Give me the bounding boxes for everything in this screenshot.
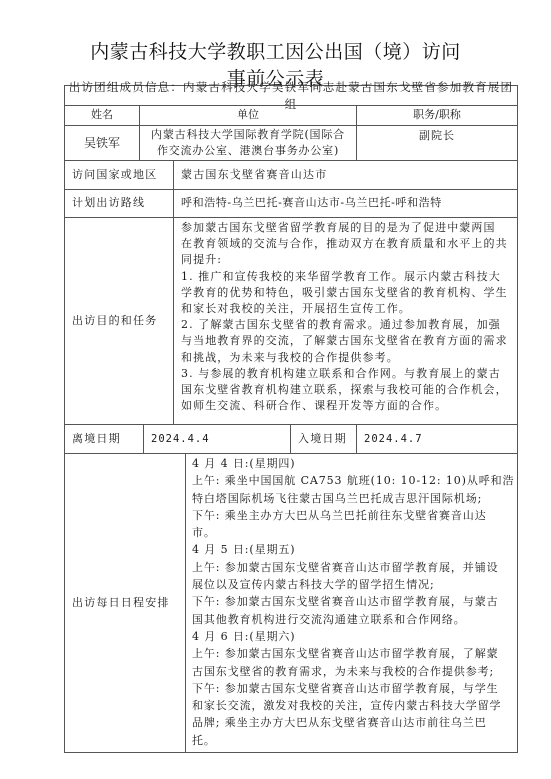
schedule-line: 上午: 乘坐中国国航 CA753 航班(10: 10-12: 10)从呼和浩 [192,472,512,489]
purpose-line: 2. 了解蒙古国东戈壁省的教育需求。通过参加教育展，加强 [181,317,512,333]
member-unit: 内蒙古科技大学国际教育学院(国际合 作交流办公室、港澳台事务办公室) [139,125,357,161]
schedule-line: 下午: 乘坐主办方大巴从乌兰巴托前往东戈壁省赛音山达 [192,507,512,524]
schedule-line: 下午: 参加蒙古国东戈壁省赛音山达市留学教育展，与学生 [192,680,512,697]
schedule-line: 4 月 4 日:(星期四) [192,455,512,472]
page-title: 内蒙古科技大学教职工因公出国（境）访问 [0,37,551,64]
departure-value: 2024.4.4 [143,424,291,454]
member-title: 副院长 [356,125,518,161]
purpose-line: 参加蒙古国东戈壁省留学教育展的目的是为了促进中蒙两国 [181,220,512,236]
purpose-line: 同提升: [181,252,512,268]
purpose-line: 在教育领域的交流与合作，推动双方在教育质量和水平上的共 [181,236,512,252]
purpose-line: 如师生交流、科研合作、课程开发等方面的合作。 [181,398,512,414]
schedule-line: 上午: 参加蒙古国东戈壁省赛音山达市留学教育展，了解蒙 [192,645,512,662]
purpose-line: 国东戈壁省教育机构建立联系，探索与我校可能的合作机会， [181,382,512,398]
purpose-line: 和挑战，为未来与我校的合作提供参考。 [181,350,512,366]
schedule-line: 4 月 6 日:(星期六) [192,628,512,645]
route-label: 计划出访路线 [64,189,174,218]
purpose-line: 1. 推广和宣传我校的来华留学教育工作。展示内蒙古科技大 [181,269,512,285]
purpose-line: 与当地教育界的交流，了解蒙古国东戈壁省在教育方面的需求 [181,333,512,349]
entry-value: 2024.4.7 [356,424,518,454]
column-header-name: 姓名 [64,105,140,126]
schedule-label: 出访每日日程安排 [64,453,186,753]
member-unit-line: 内蒙古科技大学国际教育学院(国际合 [140,127,356,143]
entry-label: 入境日期 [290,424,357,454]
country-label: 访问国家或地区 [64,160,174,190]
purpose-label: 出访目的和任务 [64,217,174,425]
group-info: 出访团组成员信息：内蒙古科技大学吴铁军同志赴蒙古国东戈壁省参加教育展团组 [64,85,518,106]
schedule-line: 国其他教育机构进行交流沟通建立联系和合作网络。 [192,611,512,628]
column-header-unit: 单位 [139,105,357,126]
departure-label: 离境日期 [64,424,144,454]
schedule-line: 4 月 5 日:(星期五) [192,541,512,558]
purpose-text: 参加蒙古国东戈壁省留学教育展的目的是为了促进中蒙两国 在教育领域的交流与合作，推… [173,217,518,425]
route-value: 呼和浩特-乌兰巴托-赛音山达市-乌兰巴托-呼和浩特 [173,189,518,218]
schedule-line: 展位以及宣传内蒙古科技大学的留学招生情况; [192,576,512,593]
schedule-line: 特白塔国际机场飞往蒙古国乌兰巴托成吉思汗国际机场; [192,490,512,507]
purpose-line: 和家长对我校的关注，开展招生宣传工作。 [181,301,512,317]
schedule-line: 托。 [192,732,512,749]
schedule-line: 品牌; 乘坐主办方大巴从东戈壁省赛音山达市前往乌兰巴 [192,714,512,731]
schedule-line: 上午: 参加蒙古国东戈壁省赛音山达市留学教育展，并铺设 [192,559,512,576]
purpose-line: 学教育的优势和特色，吸引蒙古国东戈壁省的教育机构、学生 [181,285,512,301]
schedule-line: 和家长交流，激发对我校的关注，宣传内蒙古科技大学留学 [192,697,512,714]
schedule-line: 古国东戈壁省的教育需求，为未来与我校的合作提供参考; [192,663,512,680]
schedule-line: 市。 [192,524,512,541]
member-unit-line: 作交流办公室、港澳台事务办公室) [140,143,356,159]
member-name: 吴铁军 [64,125,140,161]
schedule-line: 下午: 参加蒙古国东戈壁省赛音山达市留学教育展，与蒙古 [192,593,512,610]
purpose-line: 3. 与参展的教育机构建立联系和合作网。与教育展上的蒙古 [181,366,512,382]
column-header-title: 职务/职称 [356,105,518,126]
country-value: 蒙古国东戈壁省赛音山达市 [173,160,518,190]
schedule-text: 4 月 4 日:(星期四) 上午: 乘坐中国国航 CA753 航班(10: 10… [185,453,518,753]
